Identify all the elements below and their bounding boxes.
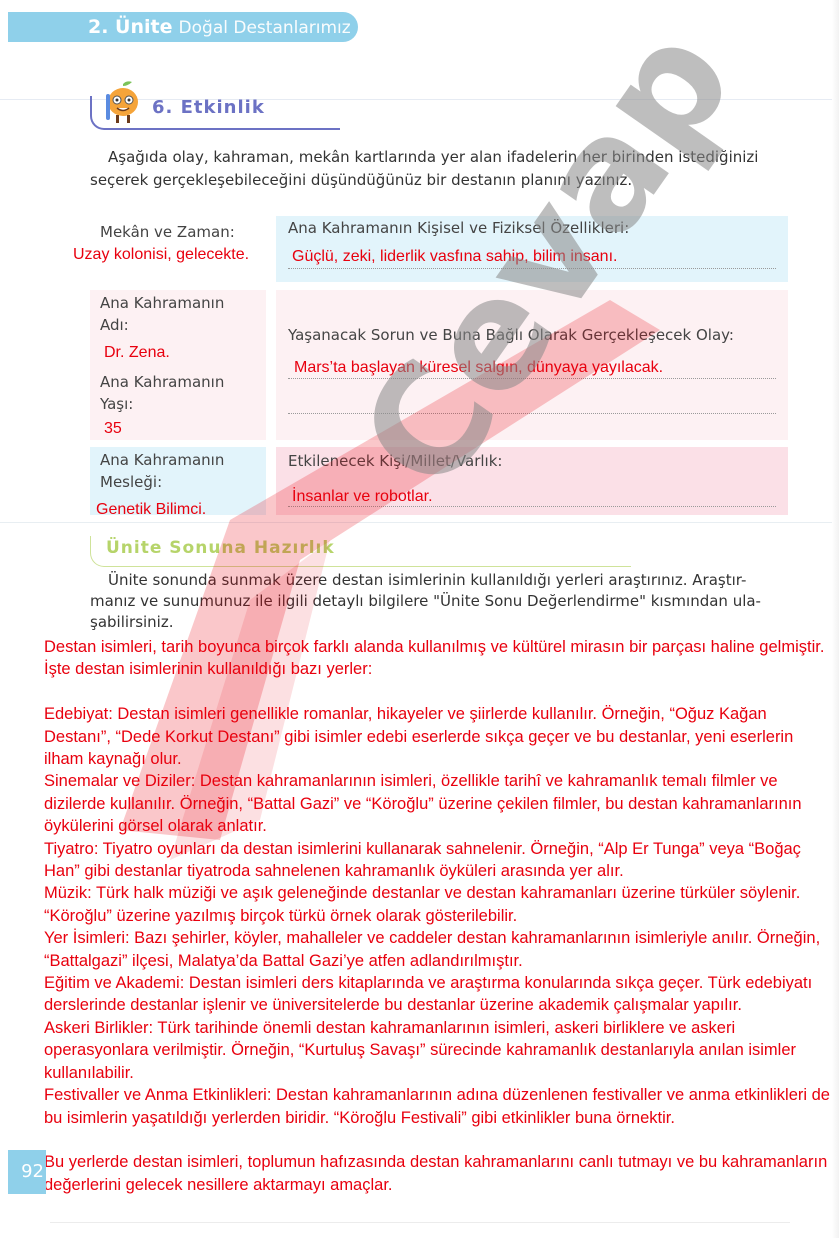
answer-block: Destan isimleri, tarih boyunca birçok fa… <box>44 636 834 1196</box>
traits-line <box>288 268 776 269</box>
answer-item: Festivaller ve Anma Etkinlikleri: Destan… <box>44 1084 834 1129</box>
name-answer[interactable]: Dr. Zena. <box>104 343 170 363</box>
traits-label: Ana Kahramanın Kişisel ve Fiziksel Özell… <box>288 217 629 239</box>
activity-instruction: Aşağıda olay, kahraman, mekân kartlarınd… <box>90 146 810 192</box>
affected-answer[interactable]: İnsanlar ve robotlar. <box>292 487 433 507</box>
profession-label: Ana Kahramanın Mesleği: <box>100 449 224 493</box>
unit-title: Doğal Destanlarımız <box>179 18 351 38</box>
answer-item: Yer İsimleri: Bazı şehirler, köyler, mah… <box>44 927 834 972</box>
answer-item: Tiyatro: Tiyatro oyunları da destan isim… <box>44 838 834 883</box>
traits-answer[interactable]: Güçlü, zeki, liderlik vasfına sahip, bil… <box>292 247 617 267</box>
age-label-line1: Ana Kahramanın <box>100 371 224 393</box>
answer-intro: Destan isimleri, tarih boyunca birçok fa… <box>44 636 834 681</box>
answer-conclusion: Bu yerlerde destan isimleri, toplumun ha… <box>44 1151 834 1196</box>
name-label-line2: Adı: <box>100 314 224 336</box>
answer-item: Eğitim ve Akademi: Destan isimleri ders … <box>44 972 834 1017</box>
answer-item: Edebiyat: Destan isimleri genellikle rom… <box>44 703 834 770</box>
profession-label-line1: Ana Kahramanın <box>100 449 224 471</box>
section-divider <box>0 522 832 523</box>
footer-line <box>50 1222 790 1223</box>
profession-answer[interactable]: Genetik Bilimci. <box>96 500 206 520</box>
age-label: Ana Kahramanın Yaşı: <box>100 371 224 415</box>
affected-label: Etkilenecek Kişi/Millet/Varlık: <box>288 450 502 472</box>
age-label-line2: Yaşı: <box>100 393 224 415</box>
answer-item: Müzik: Türk halk müziği ve aşık geleneği… <box>44 882 834 927</box>
answer-item: Sinemalar ve Diziler: Destan kahramanlar… <box>44 770 834 837</box>
apple-mascot-icon <box>104 80 142 126</box>
age-answer[interactable]: 35 <box>104 419 122 439</box>
place-time-answer[interactable]: Uzay kolonisi, gelecekte. <box>73 245 249 265</box>
problem-line-2 <box>288 413 776 414</box>
unit-banner: 2. Ünite Doğal Destanlarımız <box>8 12 358 42</box>
activity-title: 6. Etkinlik <box>152 97 265 118</box>
problem-answer[interactable]: Mars’ta başlayan küresel salgın, dünyaya… <box>294 358 663 378</box>
problem-label: Yaşanacak Sorun ve Buna Bağlı Olarak Ger… <box>288 324 734 346</box>
problem-line-1 <box>288 378 776 379</box>
name-label-line1: Ana Kahramanın <box>100 292 224 314</box>
place-time-label: Mekân ve Zaman: <box>100 221 235 243</box>
name-label: Ana Kahramanın Adı: <box>100 292 224 336</box>
section-text: Ünite sonunda sunmak üzere destan isimle… <box>90 570 790 633</box>
profession-label-line2: Mesleği: <box>100 471 224 493</box>
section-title: Ünite Sonuna Hazırlık <box>106 538 335 558</box>
unit-number: 2. Ünite <box>88 16 173 38</box>
answer-item: Askeri Birlikler: Türk tarihinde önemli … <box>44 1017 834 1084</box>
page-edge <box>832 0 839 1238</box>
affected-line <box>288 506 776 507</box>
page-number: 92 <box>8 1150 46 1194</box>
